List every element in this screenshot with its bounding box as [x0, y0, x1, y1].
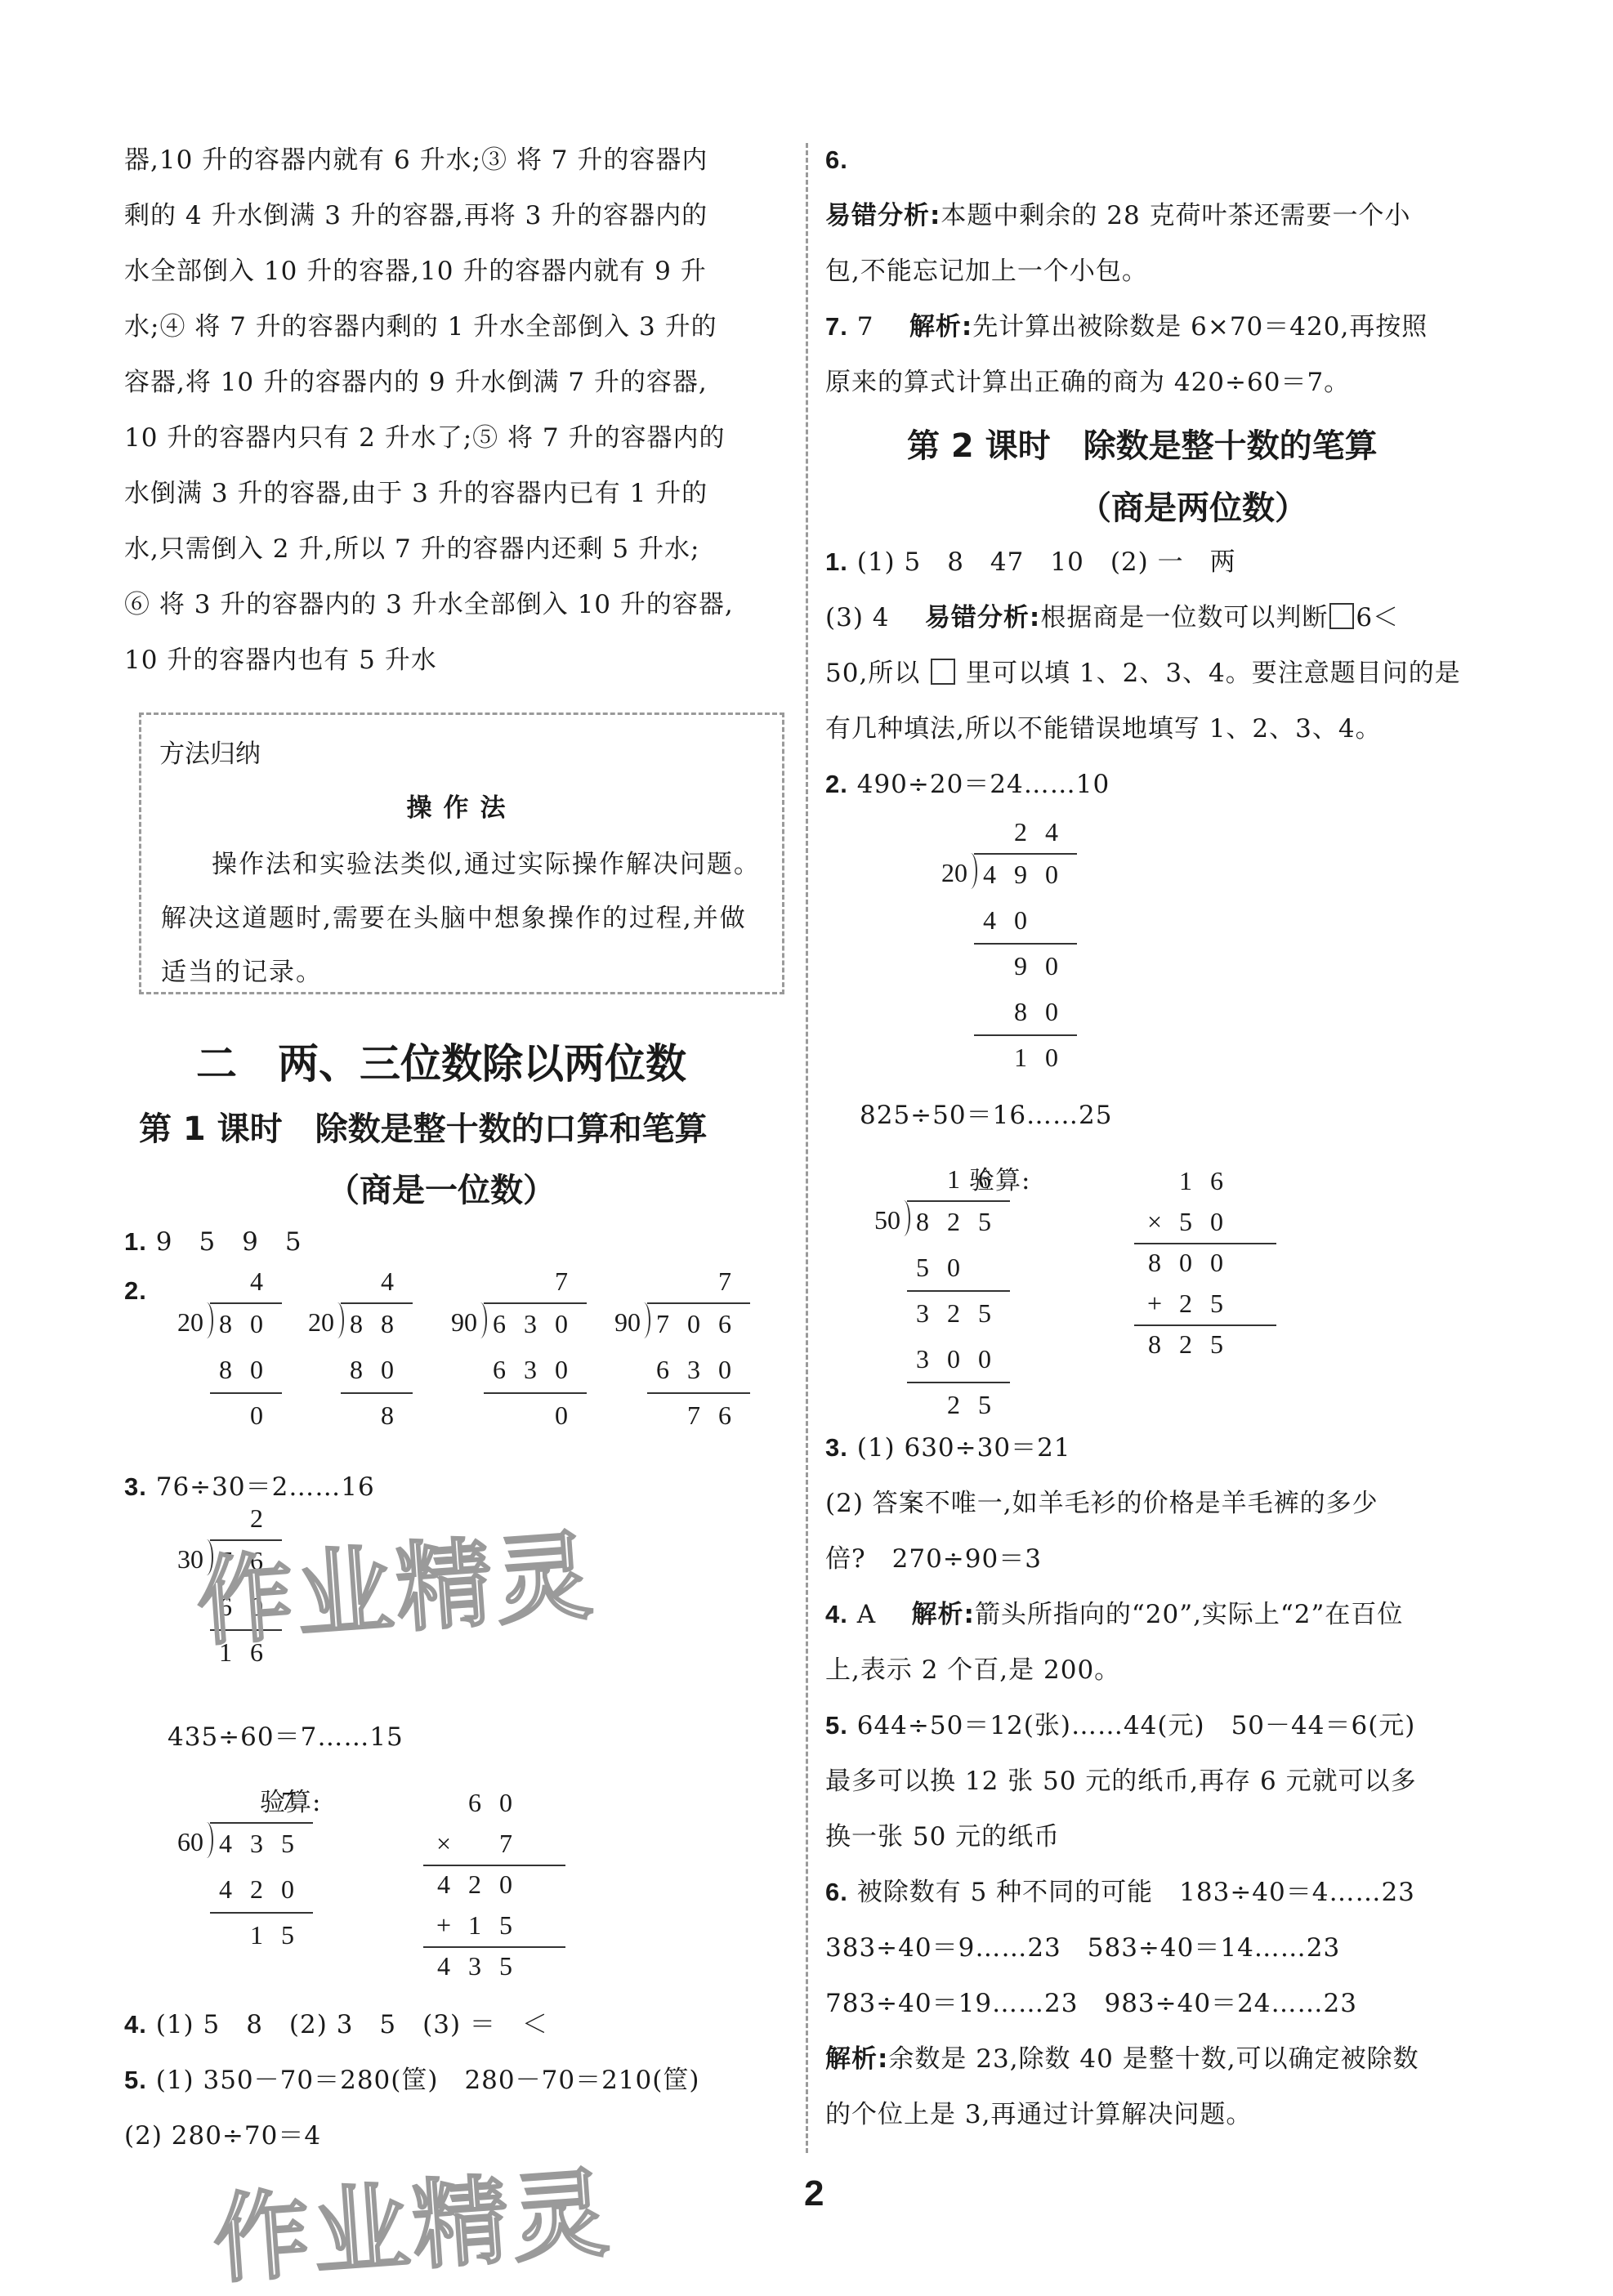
- digit: 0: [943, 1253, 964, 1283]
- r-q4-line-2: 上,表示 2 个百,是 200。: [825, 1654, 1120, 1686]
- division-bracket: [966, 853, 977, 889]
- rule-line: [907, 1382, 1010, 1383]
- digit: 0: [1175, 1248, 1196, 1278]
- digit: 0: [683, 1309, 704, 1339]
- r-q1-line-3: 50,所以 里可以填 1、2、3、4。要注意题目问的是: [825, 657, 1461, 690]
- method-box-title: 方法归纳: [159, 733, 261, 770]
- rule-line: [1134, 1324, 1276, 1326]
- intro-line: 10 升的容器内只有 2 升水了;⑤ 将 7 升的容器内的: [124, 422, 725, 454]
- digit: 1: [464, 1910, 485, 1941]
- rule-line: [647, 1302, 750, 1304]
- digit: 7: [714, 1266, 735, 1297]
- q3-equation-2: 435÷60＝7……15: [168, 1721, 404, 1753]
- digit: 3: [246, 1829, 267, 1859]
- intro-line: 器,10 升的容器内就有 6 升水;③ 将 7 升的容器内: [124, 144, 708, 176]
- q3-equation-1: 3. 76÷30＝2……16: [124, 1471, 375, 1503]
- r-q6-line-1: 6. 被除数有 5 种不同的可能 183÷40＝4……23: [825, 1876, 1415, 1909]
- r-q4-line-1: 4. A 解析:箭头所指向的“20”,实际上“2”在百位: [825, 1598, 1403, 1631]
- intro-line: 水;④ 将 7 升的容器内剩的 1 升水全部倒入 3 升的: [124, 310, 717, 343]
- digit: 5: [912, 1253, 933, 1283]
- digit: 2: [1175, 1289, 1196, 1319]
- rule-line: [974, 943, 1077, 945]
- digit: 0: [974, 1344, 995, 1374]
- r-q2-equation-2: 825÷50＝16……25: [860, 1099, 1112, 1132]
- digit: 0: [551, 1355, 572, 1385]
- digit: 2: [943, 1390, 964, 1420]
- digit: 8: [215, 1309, 236, 1339]
- digit: 8: [377, 1309, 398, 1339]
- blank-box-icon: [931, 659, 955, 685]
- digit: 4: [1041, 817, 1062, 847]
- divisor: 50: [865, 1205, 900, 1235]
- digit: 4: [433, 1951, 454, 1981]
- digit: 0: [246, 1355, 267, 1385]
- digit: 6: [714, 1309, 735, 1339]
- digit: 3: [683, 1355, 704, 1385]
- rule-line: [484, 1302, 587, 1304]
- digit: 0: [246, 1309, 267, 1339]
- lesson-1-subtitle: （商是一位数）: [327, 1164, 556, 1211]
- rule-line: [210, 1392, 282, 1394]
- blank-box-icon: [1329, 603, 1354, 629]
- lesson-2-subtitle: （商是两位数）: [1079, 482, 1307, 529]
- method-summary-box: 方法归纳 操作法 操作法和实验法类似,通过实际操作解决问题。解决这道题时,需要在…: [139, 712, 784, 994]
- digit: 1: [246, 1920, 267, 1950]
- digit: 3: [912, 1344, 933, 1374]
- digit: 5: [277, 1920, 298, 1950]
- intro-line: ⑥ 将 3 升的容器内的 3 升水全部倒入 10 升的容器,: [124, 588, 734, 621]
- digit: 5: [1206, 1329, 1227, 1360]
- rule-line: [484, 1392, 587, 1394]
- digit: 2: [464, 1869, 485, 1900]
- r-q7-answer: 7. 7 解析:先计算出被除数是 6×70＝420,再按照: [825, 310, 1428, 343]
- rule-line: [974, 1034, 1077, 1036]
- r-q2-equation-1: 2. 490÷20＝24……10: [825, 768, 1110, 801]
- digit: 0: [1041, 997, 1062, 1027]
- intro-line: 水全部倒入 10 升的容器,10 升的容器内就有 9 升: [124, 255, 707, 288]
- digit: 4: [377, 1266, 398, 1297]
- digit: 9: [1010, 860, 1031, 890]
- digit: 8: [912, 1207, 933, 1237]
- rule-line: [974, 853, 1077, 855]
- digit: ×: [433, 1829, 454, 1859]
- rule-line: [341, 1302, 413, 1304]
- r-q6-analysis-line-1: 易错分析:本题中剩余的 28 克荷叶茶还需要一个小: [825, 199, 1411, 232]
- digit: 0: [1206, 1248, 1227, 1278]
- digit: 5: [1206, 1289, 1227, 1319]
- digit: 8: [377, 1400, 398, 1431]
- digit: 1: [1175, 1166, 1196, 1196]
- digit: 8: [1144, 1248, 1165, 1278]
- digit: 7: [551, 1266, 572, 1297]
- digit: 0: [943, 1344, 964, 1374]
- division-bracket: [476, 1302, 487, 1338]
- divisor: 20: [298, 1307, 334, 1338]
- division-bracket: [333, 1302, 344, 1338]
- divisor: 90: [605, 1307, 641, 1338]
- digit: 5: [974, 1390, 995, 1420]
- rule-line: [423, 1946, 565, 1948]
- digit: 4: [246, 1266, 267, 1297]
- digit: 4: [979, 860, 1000, 890]
- digit: 5: [974, 1207, 995, 1237]
- digit: 0: [1041, 860, 1062, 890]
- division-bracket: [202, 1302, 213, 1338]
- digit: 3: [520, 1355, 541, 1385]
- digit: 2: [246, 1874, 267, 1905]
- division-bracket: [639, 1302, 650, 1338]
- digit: 5: [495, 1910, 516, 1941]
- r-q3-line-3: 倍? 270÷90＝3: [825, 1543, 1042, 1575]
- rule-line: [647, 1392, 750, 1394]
- digit: 5: [495, 1951, 516, 1981]
- page-number: 2: [804, 2173, 824, 2214]
- division-bracket: [899, 1200, 910, 1236]
- r-q6-line-2: 383÷40＝9……23 583÷40＝14……23: [825, 1932, 1340, 1964]
- r-q6-analysis-line-2: 的个位上是 3,再通过计算解决问题。: [825, 2098, 1252, 2131]
- digit: 2: [943, 1298, 964, 1329]
- divisor: 20: [932, 858, 967, 888]
- r-q6-answer: 6.: [825, 144, 848, 176]
- rule-line: [210, 1912, 313, 1914]
- column-divider: [806, 143, 808, 2153]
- digit: 9: [1010, 951, 1031, 981]
- digit: 6: [714, 1400, 735, 1431]
- r-q1-line-1: 1. (1) 5 8 47 10 (2) 一 两: [825, 546, 1236, 578]
- r-q3-line-1: 3. (1) 630÷30＝21: [825, 1432, 1071, 1464]
- digit: 0: [551, 1400, 572, 1431]
- digit: 1: [1010, 1043, 1031, 1073]
- digit: 8: [1010, 997, 1031, 1027]
- digit: 0: [277, 1874, 298, 1905]
- digit: 4: [215, 1874, 236, 1905]
- digit: 3: [912, 1298, 933, 1329]
- q5-answer-line-2: (2) 280÷70＝4: [124, 2120, 321, 2152]
- r-q6-analysis-line-1: 解析:余数是 23,除数 40 是整十数,可以确定被除数: [825, 2043, 1419, 2075]
- digit: 0: [495, 1788, 516, 1818]
- watermark-text: 作业精灵: [208, 2135, 616, 2296]
- digit: 5: [277, 1829, 298, 1859]
- r-q1-line-4: 有几种填法,所以不能错误地填写 1、2、3、4。: [825, 712, 1382, 745]
- digit: 6: [489, 1309, 510, 1339]
- digit: 1: [943, 1164, 964, 1195]
- digit: ×: [1144, 1207, 1165, 1237]
- intro-line: 水,只需倒入 2 升,所以 7 升的容器内还剩 5 升水;: [124, 533, 699, 565]
- divisor: 20: [168, 1307, 203, 1338]
- digit: 8: [215, 1355, 236, 1385]
- q4-answer: 4. (1) 5 8 (2) 3 5 (3) ＝ ＜: [124, 2008, 548, 2041]
- r-q6-analysis-line-2: 包,不能忘记加上一个小包。: [825, 255, 1148, 288]
- digit: 4: [215, 1829, 236, 1859]
- divisor: 90: [441, 1307, 477, 1338]
- digit: 7: [683, 1400, 704, 1431]
- q5-answer-line-1: 5. (1) 350－70＝280(筐) 280－70＝210(筐): [124, 2064, 699, 2097]
- digit: 6: [652, 1355, 673, 1385]
- digit: +: [433, 1910, 454, 1941]
- r-q5-line-3: 换一张 50 元的纸币: [825, 1820, 1060, 1853]
- r-q6-line-3: 783÷40＝19……23 983÷40＝24……23: [825, 1987, 1357, 2020]
- digit: 7: [652, 1309, 673, 1339]
- digit: 0: [1041, 951, 1062, 981]
- intro-line: 水倒满 3 升的容器,由于 3 升的容器内已有 1 升的: [124, 477, 708, 510]
- digit: 5: [974, 1298, 995, 1329]
- digit: 0: [1010, 905, 1031, 936]
- rule-line: [423, 1865, 565, 1866]
- r-q5-line-1: 5. 644÷50＝12(张)……44(元) 50－44＝6(元): [825, 1709, 1415, 1742]
- intro-line: 容器,将 10 升的容器内的 9 升水倒满 7 升的容器,: [124, 366, 708, 399]
- digit: 0: [1041, 1043, 1062, 1073]
- rule-line: [210, 1822, 313, 1824]
- q2-number: 2.: [124, 1275, 147, 1307]
- r-q5-line-2: 最多可以换 12 张 50 元的纸币,再存 6 元就可以多: [825, 1765, 1417, 1798]
- digit: 0: [714, 1355, 735, 1385]
- unit-title: 二 两、三位数除以两位数: [196, 1031, 686, 1090]
- watermark-text: 作业精灵: [192, 1498, 600, 1664]
- digit: 6: [489, 1355, 510, 1385]
- digit: 8: [346, 1309, 367, 1339]
- rule-line: [341, 1392, 413, 1394]
- digit: 3: [520, 1309, 541, 1339]
- intro-line: 剩的 4 升水倒满 3 升的容器,再将 3 升的容器内的: [124, 199, 708, 232]
- digit: 6: [1206, 1166, 1227, 1196]
- r-q7-analysis-line-2: 原来的算式计算出正确的商为 420÷60＝7。: [825, 366, 1350, 399]
- division-bracket: [202, 1822, 213, 1858]
- q3-check-label: 验算:: [260, 1786, 321, 1819]
- digit: 2: [943, 1207, 964, 1237]
- intro-line: 10 升的容器内也有 5 升水: [124, 644, 437, 677]
- lesson-1-title: 第 1 课时 除数是整十数的口算和笔算: [139, 1103, 708, 1150]
- digit: 2: [1010, 817, 1031, 847]
- q1-answer: 1. 9 5 9 5: [124, 1226, 302, 1258]
- digit: 2: [1175, 1329, 1196, 1360]
- digit: +: [1144, 1289, 1165, 1319]
- digit: 0: [377, 1355, 398, 1385]
- digit: 3: [464, 1951, 485, 1981]
- digit: 4: [433, 1869, 454, 1900]
- digit: 0: [551, 1309, 572, 1339]
- digit: 7: [495, 1829, 516, 1859]
- digit: 6: [464, 1788, 485, 1818]
- r-q2-check-label: 验算:: [969, 1164, 1030, 1197]
- digit: 8: [1144, 1329, 1165, 1360]
- rule-line: [907, 1200, 1010, 1202]
- rule-line: [1134, 1243, 1276, 1244]
- r-q3-line-2: (2) 答案不唯一,如羊毛衫的价格是羊毛裤的多少: [825, 1487, 1378, 1520]
- digit: 4: [979, 905, 1000, 936]
- method-box-body: 操作法和实验法类似,通过实际操作解决问题。解决这道题时,需要在头脑中想象操作的过…: [161, 838, 762, 999]
- r-q1-line-2: (3) 4 易错分析:根据商是一位数可以判断6＜: [825, 601, 1399, 634]
- rule-line: [210, 1302, 282, 1304]
- digit: 0: [1206, 1207, 1227, 1237]
- digit: 5: [1175, 1207, 1196, 1237]
- rule-line: [907, 1290, 1010, 1292]
- digit: 0: [246, 1400, 267, 1431]
- method-box-subtitle: 操作法: [141, 787, 782, 824]
- digit: 0: [495, 1869, 516, 1900]
- divisor: 60: [168, 1827, 203, 1857]
- lesson-2-title: 第 2 课时 除数是整十数的笔算: [907, 420, 1378, 467]
- digit: 8: [346, 1355, 367, 1385]
